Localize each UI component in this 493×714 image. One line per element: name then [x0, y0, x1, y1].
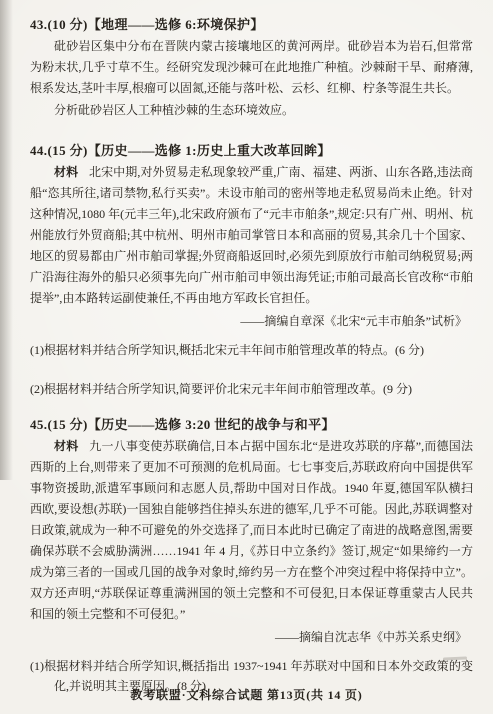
- question-43-section: 43.(10 分)【地理——选修 6:环境保护】 砒砂岩区集中分布在晋陕内蒙古接…: [30, 14, 473, 121]
- material-label: 材料: [54, 165, 78, 179]
- page-footer: 教考联盟·文科综合试题 第13页(共 14 页): [0, 686, 493, 703]
- question-45-material-text: 九一八事变使苏联确信,日本占据中国东北“是进攻苏联的序幕”,而德国法西斯的上台,…: [30, 439, 473, 621]
- question-44-subquestion-1: (1)根据材料并结合所学知识,概括北宋元丰年间市舶管理改革的特点。(6 分): [30, 340, 473, 360]
- scan-edge-shadow: [0, 0, 13, 480]
- question-44-material-text: 北宋中期,对外贸易走私现象较严重,广南、福建、两浙、山东各路,违法商船“恣其所往…: [30, 165, 473, 305]
- question-44-source-citation: ——摘编自章深《北宋“元丰市舶条”试析》: [30, 311, 467, 331]
- question-45-material: 材料九一八事变使苏联确信,日本占据中国东北“是进攻苏联的序幕”,而德国法西斯的上…: [30, 436, 473, 625]
- question-44-subquestion-2: (2)根据材料并结合所学知识,简要评价北宋元丰年间市舶管理改革。(9 分): [30, 379, 473, 399]
- question-43-material: 砒砂岩区集中分布在晋陕内蒙古接壤地区的黄河两岸。砒砂岩本为岩石,但常常为粉末状,…: [30, 36, 473, 99]
- question-44-header: 44.(15 分)【历史——选修 1:历史上重大改革回眸】: [30, 140, 473, 159]
- question-45-section: 45.(15 分)【历史——选修 3:20 世纪的战争与和平】 材料九一八事变使…: [30, 414, 473, 696]
- question-44-material: 材料北宋中期,对外贸易走私现象较严重,广南、福建、两浙、山东各路,违法商船“恣其…: [30, 162, 473, 309]
- question-45-source-citation: ——摘编自沈志华《中苏关系史纲》: [30, 627, 467, 647]
- question-43-header: 43.(10 分)【地理——选修 6:环境保护】: [30, 14, 473, 33]
- material-label: 材料: [54, 439, 78, 453]
- question-43-task: 分析砒砂岩区人工种植沙棘的生态环境效应。: [30, 100, 473, 121]
- question-45-header: 45.(15 分)【历史——选修 3:20 世纪的战争与和平】: [30, 414, 473, 433]
- exam-page: 43.(10 分)【地理——选修 6:环境保护】 砒砂岩区集中分布在晋陕内蒙古接…: [0, 0, 493, 714]
- question-44-section: 44.(15 分)【历史——选修 1:历史上重大改革回眸】 材料北宋中期,对外贸…: [30, 140, 473, 399]
